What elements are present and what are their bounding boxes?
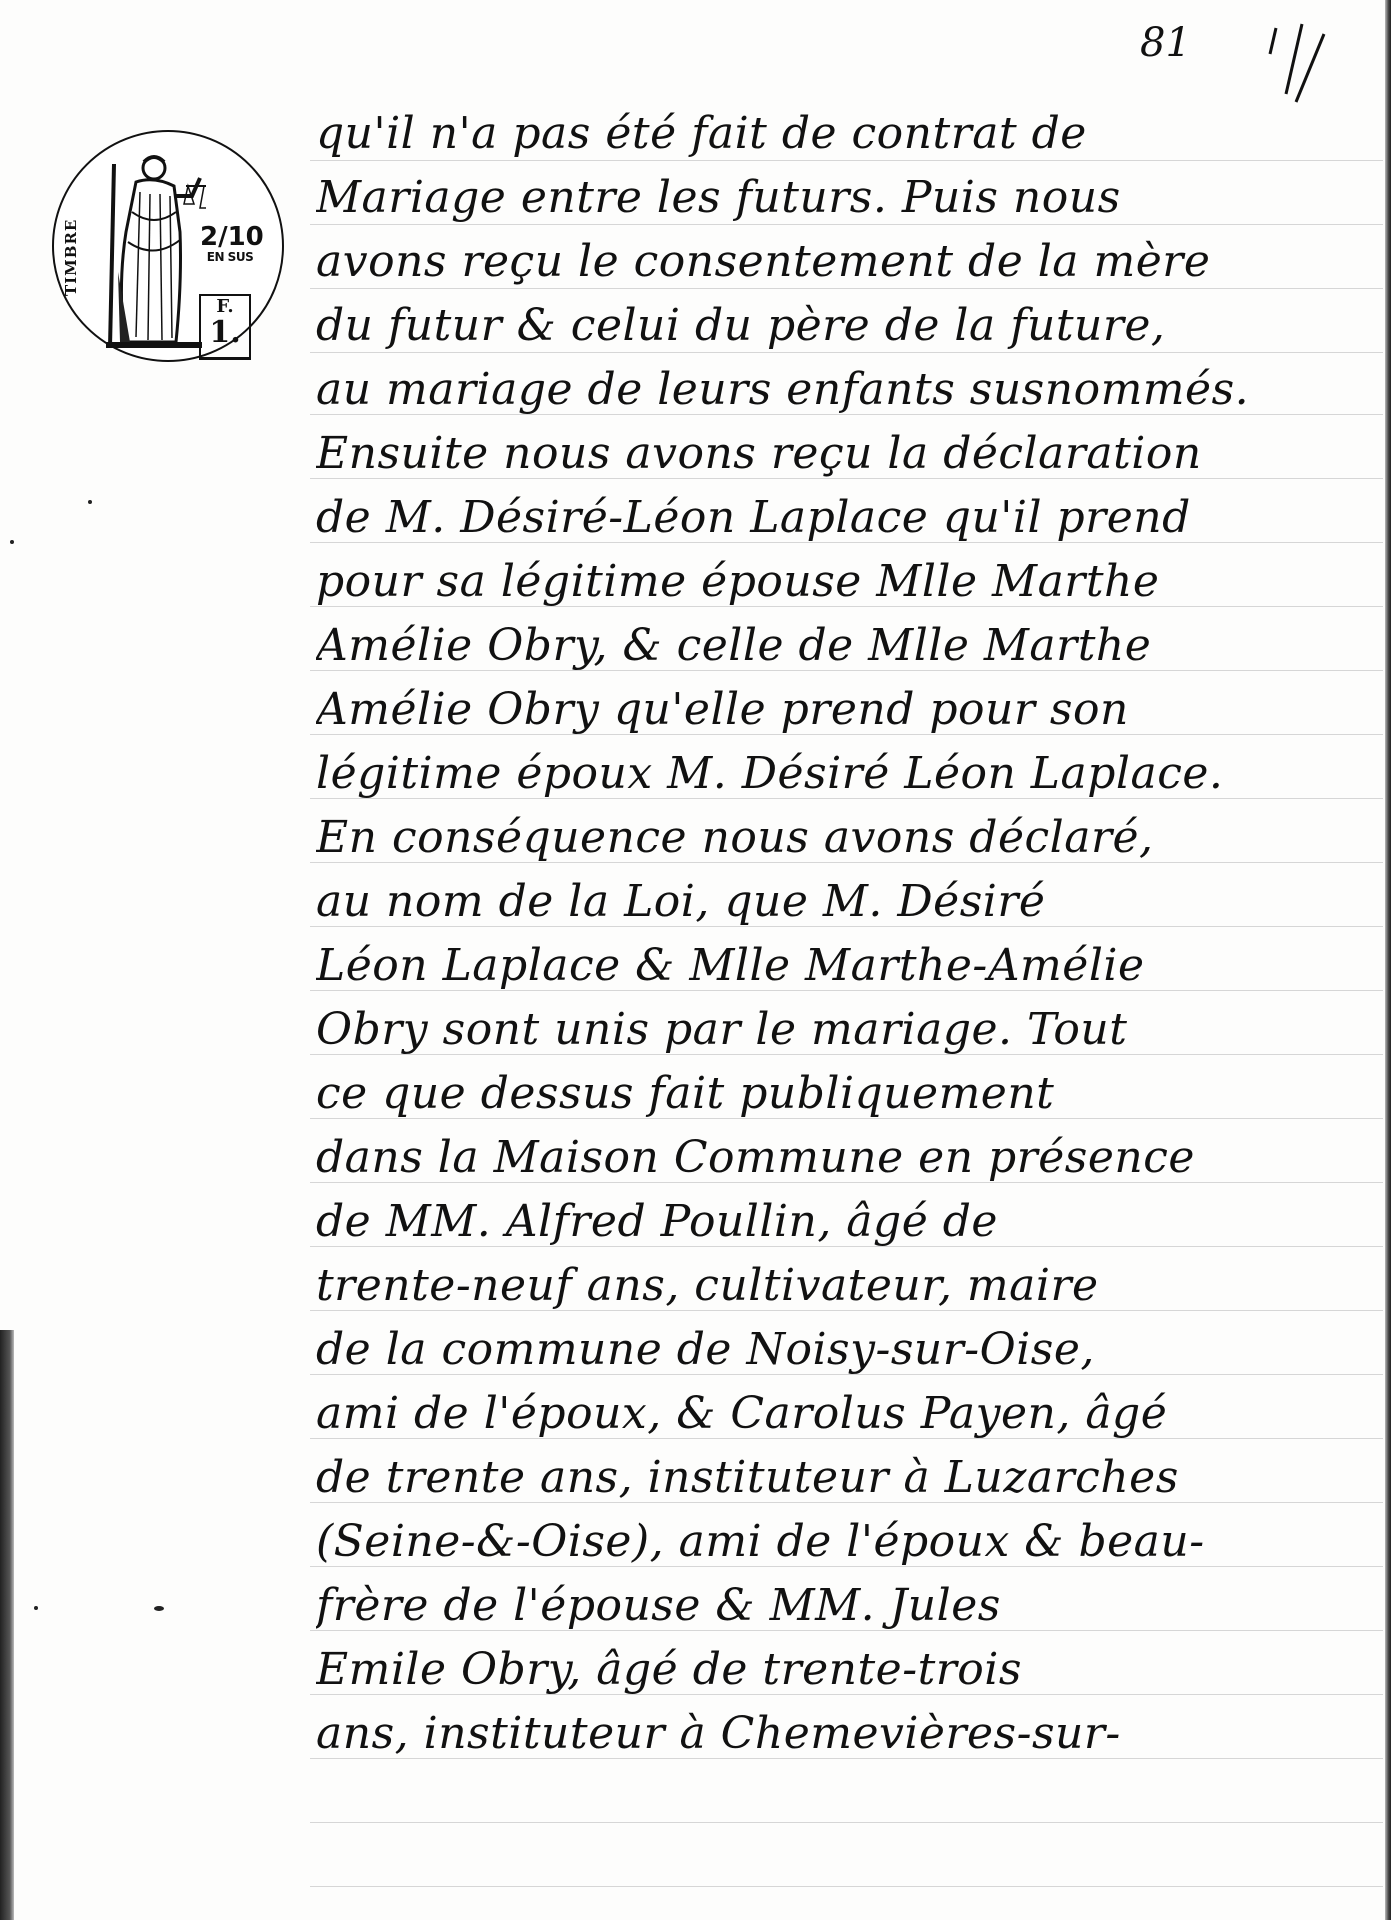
text-line-19: trente-neuf ans, cultivateur, maire xyxy=(316,1258,1376,1314)
text-line-1: qu'il n'a pas été fait de contrat de xyxy=(316,106,1376,162)
page-left-edge xyxy=(0,1330,14,1920)
ruled-line xyxy=(310,1886,1383,1887)
text-line-9: Amélie Obry, & celle de Mlle Marthe xyxy=(316,618,1376,674)
ink-speck xyxy=(10,540,14,544)
text-line-4: du futur & celui du père de la future, xyxy=(316,298,1376,354)
text-line-13: au nom de la Loi, que M. Désiré xyxy=(316,874,1376,930)
ink-speck xyxy=(88,500,92,504)
text-line-14: Léon Laplace & Mlle Marthe-Amélie xyxy=(316,938,1376,994)
text-line-15: Obry sont unis par le mariage. Tout xyxy=(316,1002,1376,1058)
text-line-5: au mariage de leurs enfants susnommés. xyxy=(316,362,1376,418)
text-line-20: de la commune de Noisy-sur-Oise, xyxy=(316,1322,1376,1378)
ink-speck xyxy=(34,1606,38,1610)
text-line-22: de trente ans, instituteur à Luzarches xyxy=(316,1450,1376,1506)
text-line-7: de M. Désiré-Léon Laplace qu'il prend xyxy=(316,490,1376,546)
text-line-23: (Seine-&-Oise), ami de l'époux & beau- xyxy=(316,1514,1376,1570)
justice-figure-icon xyxy=(96,152,206,352)
ink-speck xyxy=(154,1606,164,1611)
text-line-21: ami de l'époux, & Carolus Payen, âgé xyxy=(316,1386,1376,1442)
document-page: TIMBRE 2/10 EN SUS xyxy=(0,0,1391,1920)
text-line-11: légitime époux M. Désiré Léon Laplace. xyxy=(316,746,1376,802)
tax-stamp: TIMBRE 2/10 EN SUS xyxy=(52,130,284,362)
text-line-10: Amélie Obry qu'elle prend pour son xyxy=(316,682,1376,738)
text-line-26: ans, instituteur à Chemevières-sur- xyxy=(316,1706,1376,1762)
text-line-12: En conséquence nous avons déclaré, xyxy=(316,810,1376,866)
text-line-25: Emile Obry, âgé de trente-trois xyxy=(316,1642,1376,1698)
text-line-6: Ensuite nous avons reçu la déclaration xyxy=(316,426,1376,482)
stamp-value: F. 1. xyxy=(199,294,251,360)
text-line-24: frère de l'épouse & MM. Jules xyxy=(316,1578,1376,1634)
folio-number: 81 xyxy=(1140,20,1191,66)
folio-slash-mark-icon xyxy=(1262,14,1332,104)
text-line-16: ce que dessus fait publiquement xyxy=(316,1066,1376,1122)
text-line-2: Mariage entre les futurs. Puis nous xyxy=(316,170,1376,226)
text-line-17: dans la Maison Commune en présence xyxy=(316,1130,1376,1186)
text-line-18: de MM. Alfred Poullin, âgé de xyxy=(316,1194,1376,1250)
text-line-8: pour sa légitime épouse Mlle Marthe xyxy=(316,554,1376,610)
stamp-fraction: 2/10 EN SUS xyxy=(200,224,260,264)
text-line-3: avons reçu le consentement de la mère xyxy=(316,234,1376,290)
stamp-ring-text: TIMBRE xyxy=(62,202,86,312)
ruled-line xyxy=(310,1822,1383,1823)
page-binding-edge xyxy=(1385,0,1391,1920)
